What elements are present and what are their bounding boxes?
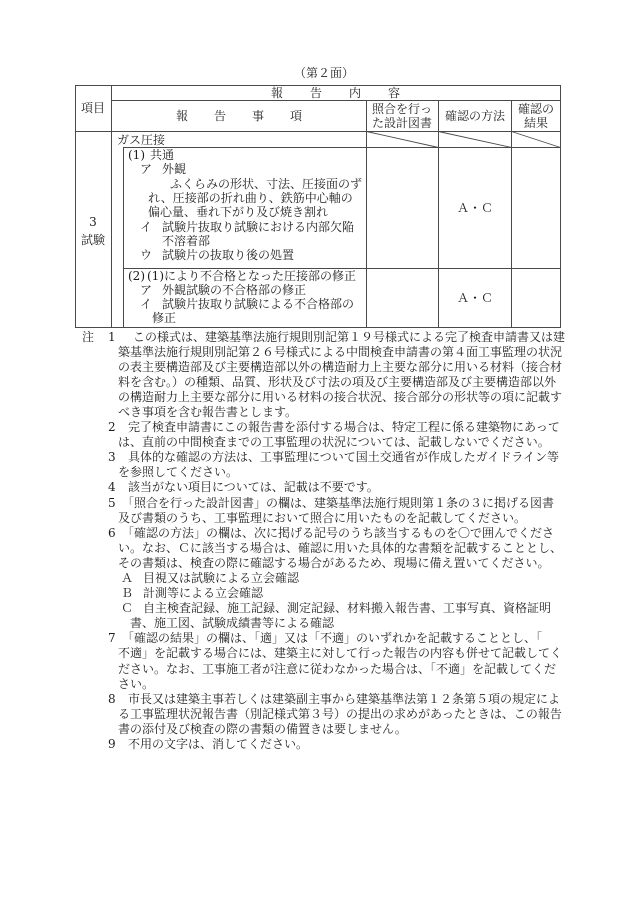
note-2: 2 完了検査申請書にこの報告書を添付する場合は、特定工程に係る建築物にあって [0,420,630,435]
note-text: 築基準法施行規則別記第２６号様式による中間検査申請書の第４面工事監理の状況 [118,345,562,360]
note-6: 6 「確認の方法」の欄は、次に掲げる記号のうち該当するものを〇で囲んでくださ [0,526,630,541]
section-name: 試験 [81,233,105,247]
item-text: 外観試験の不合格部の修正 [162,283,306,297]
group-marker: (1) [128,148,145,162]
section-number: 3 [89,215,97,229]
item-marker: ウ [140,248,152,262]
confirmation-method-options[interactable]: Ａ・Ｃ [457,291,493,305]
note-text: は、直前の中間検査までの工事監理の状況については、記載しないでください。 [118,435,550,450]
note-number: 6 [108,526,116,541]
item-text: 外観 [162,162,186,176]
note-text: ださい。なお、工事施工者が注意に従わなかった場合は、「不適」を記載してくだ [118,662,556,677]
header-report-items: 報告事項 [176,109,328,123]
header-design-documents-line2: た設計図書 [372,116,432,130]
note-text: その書類は、検査の際に確認する場合があるため、現場に備え置いてください。 [118,556,550,571]
header-confirmation-result-line2: 結果 [524,116,548,130]
item-text: 修正 [152,311,176,325]
item-text: れ、圧接部の折れ曲り、鉄筋中心軸の [148,191,353,205]
category-gas-pressure-welding: ガス圧接 [117,133,165,147]
note-text: 不用の文字は、消してください。 [128,737,308,752]
diagonal-slash [512,132,561,148]
method-a: Ａ 目視又は試験による立会確認 [0,571,630,586]
item-marker: イ [140,297,152,311]
note-9: 9 不用の文字は、消してください。 [0,737,630,752]
header-report-content: 報告内容 [271,86,427,100]
method-text: 目視又は試験による立会確認 [143,571,299,586]
method-code: Ｃ [121,601,133,616]
item-text: 試験片抜取り試験における内部欠陥 [162,220,354,234]
group-heading: (1)により不合格となった圧接部の修正 [147,269,356,283]
method-text: 計測等による立会確認 [143,586,263,601]
note-4: 4 該当がない項目については、記載は不要です。 [0,480,630,495]
note-7: 7 「確認の結果」の欄は、「適」又は「不適」のいずれかを記載することとし、「 [0,631,630,646]
note-text: 「確認の方法」の欄は、次に掲げる記号のうち該当するものを〇で囲んでくださ [122,526,554,541]
diagonal-slash [367,132,439,148]
item-text: 不溶着部 [162,234,210,248]
item-text: 試験片の抜取り後の処置 [162,248,294,262]
note-text: 書の添付及び検査の際の書類の備置きは要しません。 [118,722,407,737]
note-number: 5 [108,496,116,511]
confirmation-method-options[interactable]: Ａ・Ｃ [457,201,493,215]
header-item: 項目 [81,101,105,115]
method-b: Ｂ 計測等による立会確認 [0,586,630,601]
item-marker: イ [140,220,152,234]
note-text: の構造耐力上主要な部分に用いる材料の接合状況、接合部分の形状等の項に記載す [118,390,562,405]
note-text: い。なお、Ｃに該当する場合は、確認に用いた具体的な書類を記載することとし、 [118,541,562,556]
note-text: この様式は、建築基準法施行規則別記第１９号様式による完了検査申請書又は建 [133,330,565,345]
method-code: Ａ [121,571,133,586]
item-marker: ア [140,162,152,176]
note-number: 1 [108,330,116,345]
note-text: を参照してください。 [118,465,238,480]
note-8: 8 市長又は建築主事若しくは建築副主事から建築基準法第１２条第５項の規定によ [0,692,630,707]
note-text: べき事項を含む報告書とします。 [118,405,297,420]
method-code: Ｂ [121,586,133,601]
header-confirmation-method: 確認の方法 [445,109,505,123]
item-text: 試験片抜取り試験による不合格部の [162,297,354,311]
note-number: 7 [108,631,116,646]
group-heading: 共通 [150,148,174,162]
header-confirmation-result-line1: 確認の [518,102,554,116]
diagonal-slash [439,132,512,148]
item-text: ふくらみの形状、寸法、圧接面のず [170,177,362,191]
method-c: Ｃ 自主検査記録、施工記録、測定記録、材料搬入報告書、工事写真、資格証明 [0,601,630,616]
group-marker: (2) [128,269,145,283]
note-number: 2 [108,420,116,435]
note-number: 3 [108,450,116,465]
item-text: 偏心量、垂れ下がり及び焼き割れ [148,205,328,219]
note-text: 料を含む。）の種類、品質、形状及び寸法の項及び主要構造部及び主要構造部以外 [118,375,556,390]
note-text: 「確認の結果」の欄は、「適」又は「不適」のいずれかを記載することとし、「 [122,631,542,646]
note-text: 完了検査申請書にこの報告書を添付する場合は、特定工程に係る建築物にあって [128,420,560,435]
note-3: 3 具体的な確認の方法は、工事監理について国土交通省が作成したガイドライン等 [0,450,630,465]
note-5: 5 「照合を行った設計図書」の欄は、建築基準法施行規則第１条の３に掲げる図書 [0,496,630,511]
note-number: 8 [108,692,116,707]
note-text: の表主要構造部及び主要構造部以外の構造耐力上主要な部分に用いる材料（接合材 [118,360,562,375]
header-design-documents-line1: 照合を行っ [372,102,432,116]
note-text: 「照合を行った設計図書」の欄は、建築基準法施行規則第１条の３に掲げる図書 [122,496,554,511]
notes-label: 注 [82,330,94,345]
method-text: 自主検査記録、施工記録、測定記録、材料搬入報告書、工事写真、資格証明 [143,601,551,616]
note-text: 具体的な確認の方法は、工事監理について国土交通省が作成したガイドライン等 [128,450,559,465]
note-number: 9 [108,737,116,752]
notes-section: 注 1 この様式は、建築基準法施行規則別記第１９号様式による完了検査申請書又は建… [0,330,630,753]
note-text: 不適」を記載する場合には、建築主に対して行った報告の内容も併せて記載してく [118,646,562,661]
note-text: 及び書類のうち、工事監理において照合に用いたものを記載してください。 [118,511,526,526]
note-text: さい。 [118,677,154,692]
note-number: 4 [108,480,116,495]
note-text: る工事監理状況報告書（別記様式第３号）の提出の求めがあったときは、この報告 [118,707,562,722]
note-1: 注 1 この様式は、建築基準法施行規則別記第１９号様式による完了検査申請書又は建 [0,330,630,345]
note-text: 市長又は建築主事若しくは建築副主事から建築基準法第１２条第５項の規定によ [128,692,560,707]
method-text: 書、施工図、試験成績書等による確認 [130,616,334,631]
item-marker: ア [140,283,152,297]
note-text: 該当がない項目については、記載は不要です。 [128,480,379,495]
